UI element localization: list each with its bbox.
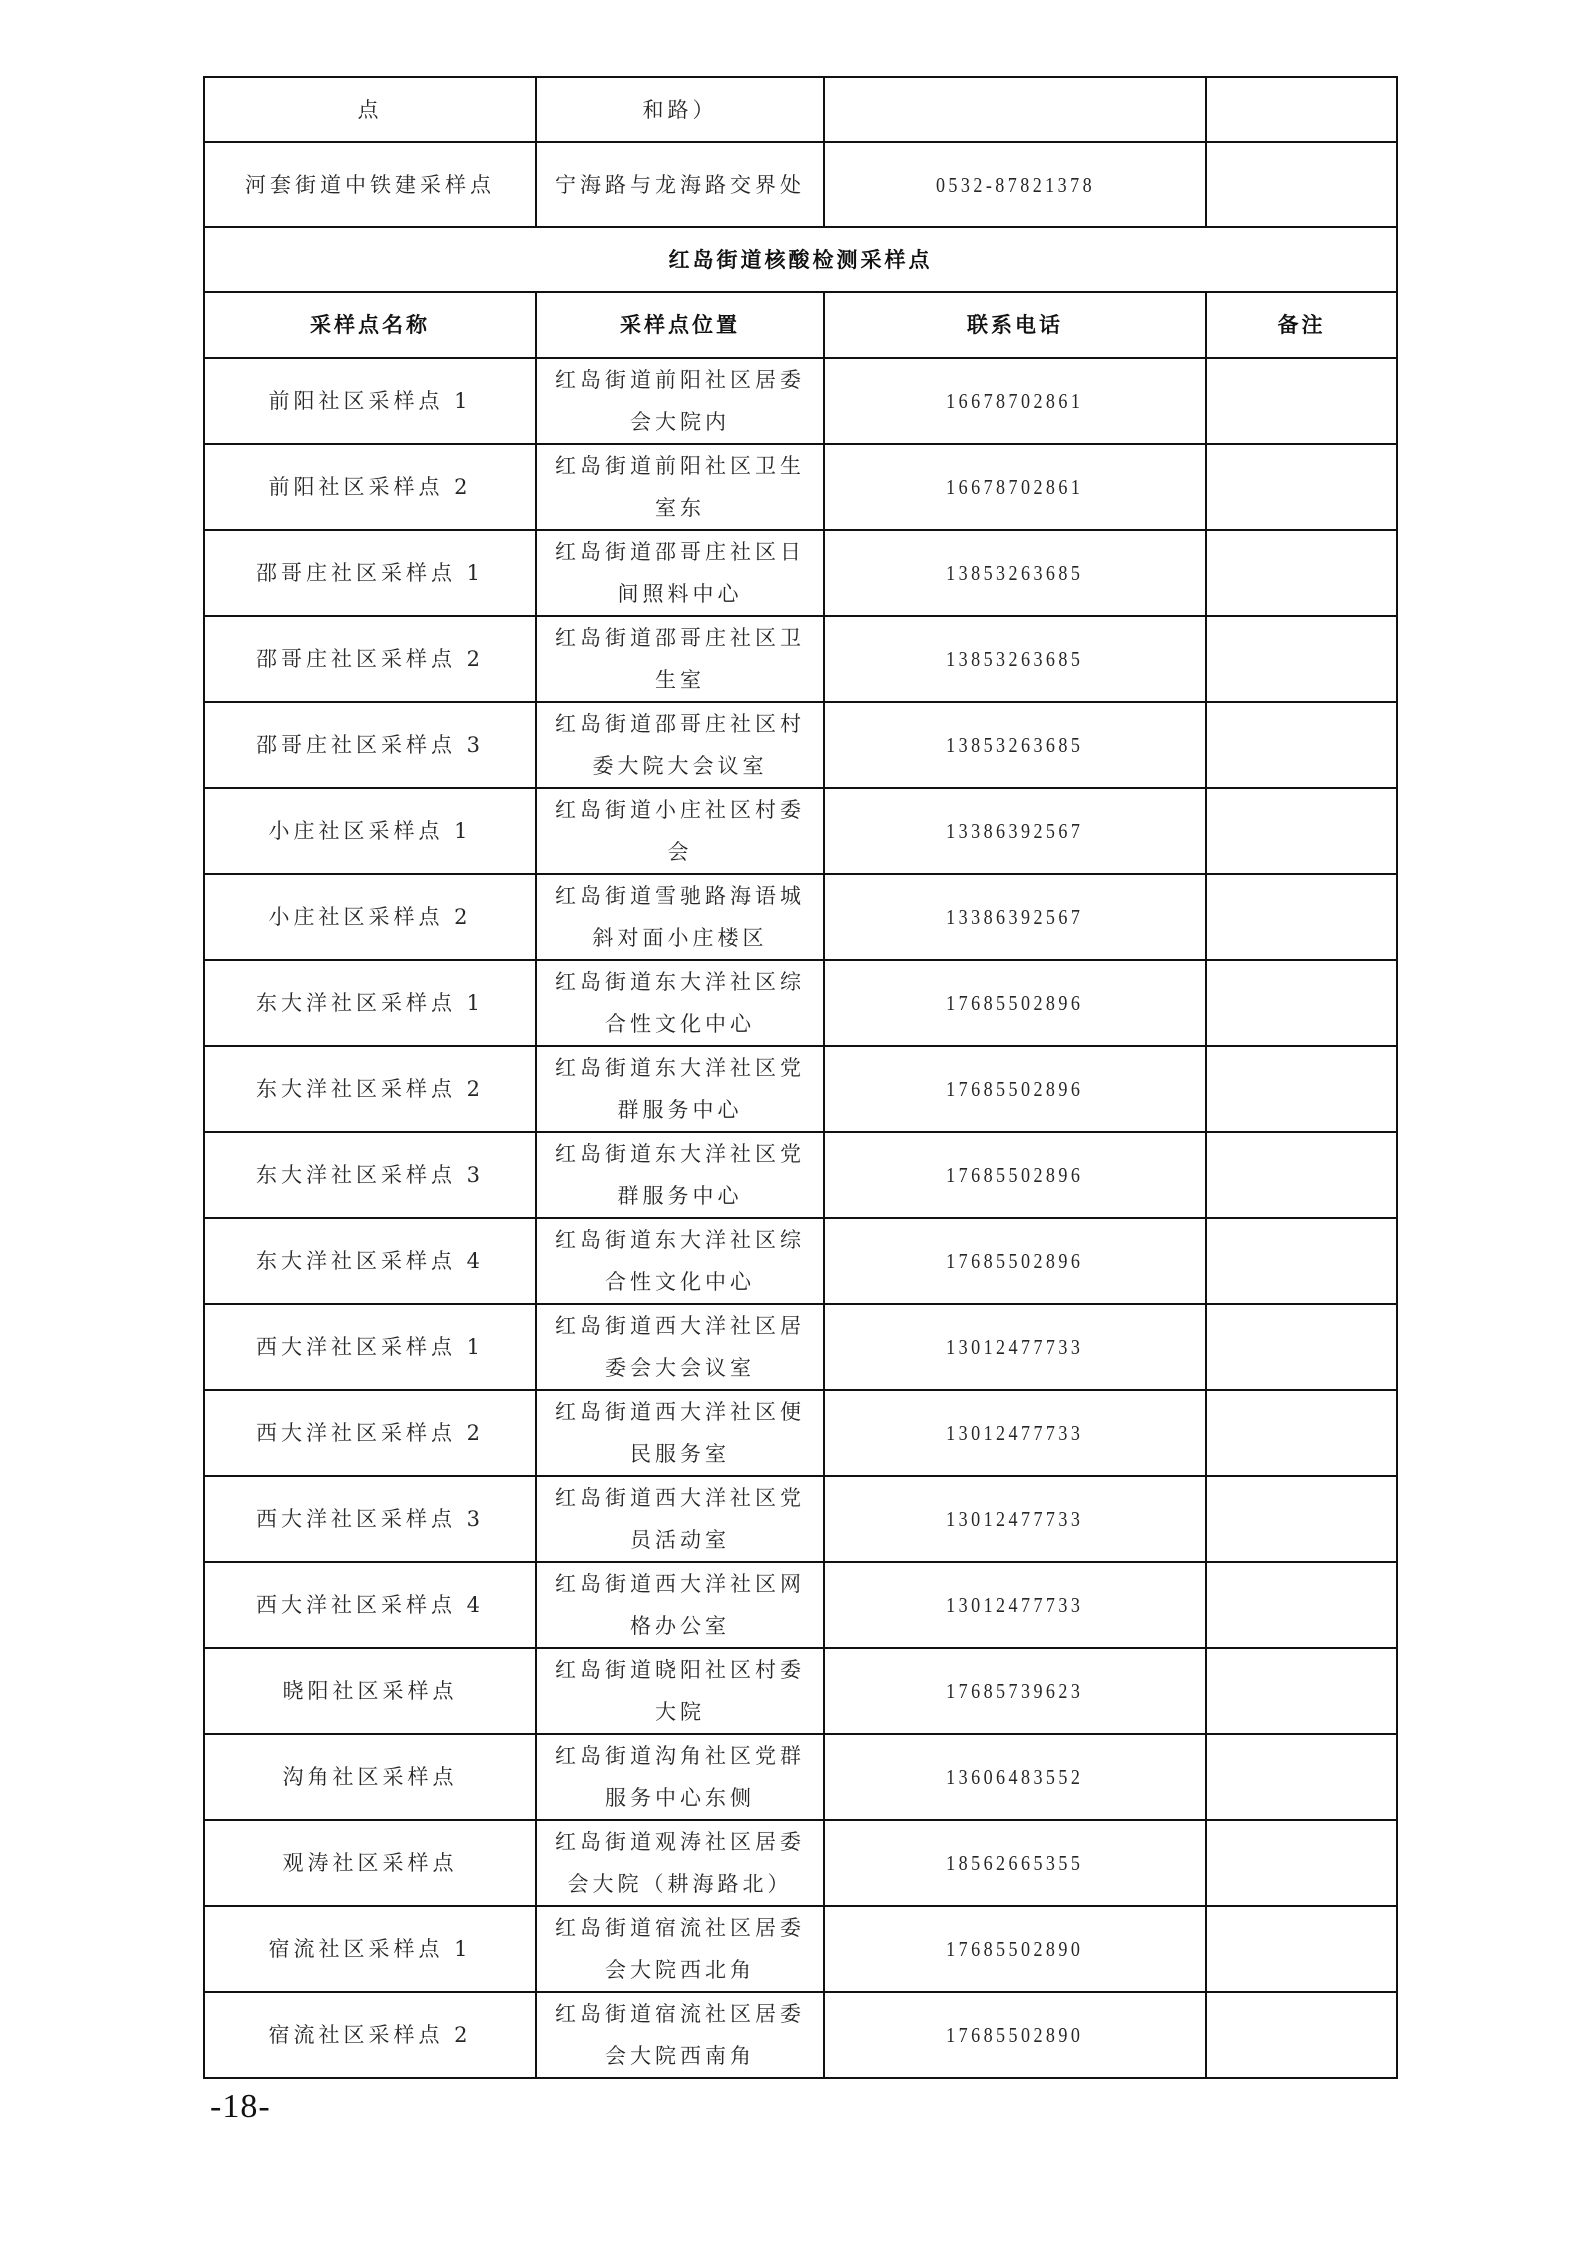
site-note-cell: [1206, 1390, 1397, 1476]
table-row: 邵哥庄社区采样点 3 红岛街道邵哥庄社区村委大院大会议室 13853263685: [204, 702, 1397, 788]
site-note-cell: [1206, 1734, 1397, 1820]
site-phone-cell: 0532-87821378: [824, 142, 1206, 227]
site-phone-cell: 17685502896: [824, 1218, 1206, 1304]
site-name-cell: 西大洋社区采样点 2: [204, 1390, 536, 1476]
table-row: 邵哥庄社区采样点 1 红岛街道邵哥庄社区日间照料中心 13853263685: [204, 530, 1397, 616]
table-row: 东大洋社区采样点 4 红岛街道东大洋社区综合性文化中心 17685502896: [204, 1218, 1397, 1304]
site-location-cell: 红岛街道西大洋社区网格办公室: [536, 1562, 824, 1648]
site-name-cell: 宿流社区采样点 2: [204, 1992, 536, 2078]
site-note-cell: [1206, 1820, 1397, 1906]
site-phone-cell: 18562665355: [824, 1820, 1206, 1906]
table-row: 西大洋社区采样点 1 红岛街道西大洋社区居委会大会议室 13012477733: [204, 1304, 1397, 1390]
header-contact-phone: 联系电话: [824, 292, 1206, 358]
site-phone-cell: 13012477733: [824, 1390, 1206, 1476]
site-note-cell: [1206, 142, 1397, 227]
header-note: 备注: [1206, 292, 1397, 358]
site-location-cell: 红岛街道邵哥庄社区村委大院大会议室: [536, 702, 824, 788]
site-location-cell: 红岛街道东大洋社区综合性文化中心: [536, 960, 824, 1046]
site-name-cell: 邵哥庄社区采样点 2: [204, 616, 536, 702]
site-note-cell: [1206, 1304, 1397, 1390]
site-location-cell: 红岛街道东大洋社区综合性文化中心: [536, 1218, 824, 1304]
site-location-cell: 宁海路与龙海路交界处: [536, 142, 824, 227]
site-name-cell: 西大洋社区采样点 1: [204, 1304, 536, 1390]
table-row: 河套街道中铁建采样点 宁海路与龙海路交界处 0532-87821378: [204, 142, 1397, 227]
site-note-cell: [1206, 1906, 1397, 1992]
table-row: 邵哥庄社区采样点 2 红岛街道邵哥庄社区卫生室 13853263685: [204, 616, 1397, 702]
site-phone-cell: 16678702861: [824, 444, 1206, 530]
site-phone-cell: 13386392567: [824, 788, 1206, 874]
site-phone-cell: 17685502896: [824, 1132, 1206, 1218]
site-phone-cell: 13386392567: [824, 874, 1206, 960]
header-site-location: 采样点位置: [536, 292, 824, 358]
site-location-cell: 红岛街道西大洋社区便民服务室: [536, 1390, 824, 1476]
site-location-cell: 红岛街道小庄社区村委会: [536, 788, 824, 874]
site-location-cell: 红岛街道西大洋社区居委会大会议室: [536, 1304, 824, 1390]
table-row: 东大洋社区采样点 2 红岛街道东大洋社区党群服务中心 17685502896: [204, 1046, 1397, 1132]
site-note-cell: [1206, 960, 1397, 1046]
site-phone-cell: 17685502896: [824, 1046, 1206, 1132]
table-row: 观涛社区采样点 红岛街道观涛社区居委会大院（耕海路北） 18562665355: [204, 1820, 1397, 1906]
site-location-cell: 红岛街道观涛社区居委会大院（耕海路北）: [536, 1820, 824, 1906]
site-name-cell: 晓阳社区采样点: [204, 1648, 536, 1734]
table-row-continued: 点 和路）: [204, 77, 1397, 142]
site-phone-cell: 13012477733: [824, 1562, 1206, 1648]
site-location-cell: 红岛街道宿流社区居委会大院西南角: [536, 1992, 824, 2078]
site-phone-cell: 17685502890: [824, 1992, 1206, 2078]
table-header-row: 采样点名称 采样点位置 联系电话 备注: [204, 292, 1397, 358]
site-name-cell: 西大洋社区采样点 4: [204, 1562, 536, 1648]
site-name-cell: 东大洋社区采样点 3: [204, 1132, 536, 1218]
site-note-cell: [1206, 1046, 1397, 1132]
site-phone-cell: 17685739623: [824, 1648, 1206, 1734]
site-phone-cell: 13853263685: [824, 530, 1206, 616]
site-note-cell: [1206, 444, 1397, 530]
table-row: 西大洋社区采样点 2 红岛街道西大洋社区便民服务室 13012477733: [204, 1390, 1397, 1476]
site-name-cell: 沟角社区采样点: [204, 1734, 536, 1820]
section-title: 红岛街道核酸检测采样点: [204, 227, 1397, 292]
table-row: 西大洋社区采样点 3 红岛街道西大洋社区党员活动室 13012477733: [204, 1476, 1397, 1562]
sampling-sites-table: 点 和路） 河套街道中铁建采样点 宁海路与龙海路交界处 0532-8782137…: [203, 76, 1398, 2079]
site-note-cell: [1206, 1132, 1397, 1218]
site-location-cell: 红岛街道前阳社区卫生室东: [536, 444, 824, 530]
table-row: 晓阳社区采样点 红岛街道晓阳社区村委大院 17685739623: [204, 1648, 1397, 1734]
site-phone-cell: 13606483552: [824, 1734, 1206, 1820]
site-phone-cell: 16678702861: [824, 358, 1206, 444]
site-phone-cell: 13012477733: [824, 1304, 1206, 1390]
site-location-cell: 红岛街道邵哥庄社区卫生室: [536, 616, 824, 702]
site-location-cell: 红岛街道邵哥庄社区日间照料中心: [536, 530, 824, 616]
site-name-cell: 东大洋社区采样点 2: [204, 1046, 536, 1132]
site-note-cell: [1206, 1992, 1397, 2078]
site-phone-cell: 13853263685: [824, 702, 1206, 788]
site-name-cell: 邵哥庄社区采样点 1: [204, 530, 536, 616]
site-name-cell: 东大洋社区采样点 4: [204, 1218, 536, 1304]
site-location-cell: 红岛街道东大洋社区党群服务中心: [536, 1046, 824, 1132]
site-note-cell: [1206, 874, 1397, 960]
site-location-cell: 红岛街道宿流社区居委会大院西北角: [536, 1906, 824, 1992]
site-location-cell: 和路）: [536, 77, 824, 142]
site-location-cell: 红岛街道晓阳社区村委大院: [536, 1648, 824, 1734]
site-name-cell: 点: [204, 77, 536, 142]
site-name-cell: 东大洋社区采样点 1: [204, 960, 536, 1046]
table-row: 沟角社区采样点 红岛街道沟角社区党群服务中心东侧 13606483552: [204, 1734, 1397, 1820]
site-note-cell: [1206, 358, 1397, 444]
site-location-cell: 红岛街道西大洋社区党员活动室: [536, 1476, 824, 1562]
site-phone-cell: 13012477733: [824, 1476, 1206, 1562]
table-row: 前阳社区采样点 1 红岛街道前阳社区居委会大院内 16678702861: [204, 358, 1397, 444]
site-location-cell: 红岛街道前阳社区居委会大院内: [536, 358, 824, 444]
page-number: -18-: [210, 2088, 271, 2126]
site-phone-cell: 17685502896: [824, 960, 1206, 1046]
section-title-row: 红岛街道核酸检测采样点: [204, 227, 1397, 292]
table-row: 宿流社区采样点 2 红岛街道宿流社区居委会大院西南角 17685502890: [204, 1992, 1397, 2078]
site-phone-cell: [824, 77, 1206, 142]
site-note-cell: [1206, 788, 1397, 874]
site-name-cell: 小庄社区采样点 1: [204, 788, 536, 874]
table-row: 小庄社区采样点 1 红岛街道小庄社区村委会 13386392567: [204, 788, 1397, 874]
site-name-cell: 河套街道中铁建采样点: [204, 142, 536, 227]
table-row: 东大洋社区采样点 1 红岛街道东大洋社区综合性文化中心 17685502896: [204, 960, 1397, 1046]
site-name-cell: 前阳社区采样点 2: [204, 444, 536, 530]
site-note-cell: [1206, 702, 1397, 788]
document-page: 点 和路） 河套街道中铁建采样点 宁海路与龙海路交界处 0532-8782137…: [0, 0, 1587, 2245]
site-note-cell: [1206, 616, 1397, 702]
site-note-cell: [1206, 1476, 1397, 1562]
table-row: 西大洋社区采样点 4 红岛街道西大洋社区网格办公室 13012477733: [204, 1562, 1397, 1648]
site-location-cell: 红岛街道雪驰路海语城斜对面小庄楼区: [536, 874, 824, 960]
site-name-cell: 西大洋社区采样点 3: [204, 1476, 536, 1562]
site-name-cell: 宿流社区采样点 1: [204, 1906, 536, 1992]
site-note-cell: [1206, 1562, 1397, 1648]
site-name-cell: 观涛社区采样点: [204, 1820, 536, 1906]
site-name-cell: 前阳社区采样点 1: [204, 358, 536, 444]
site-location-cell: 红岛街道沟角社区党群服务中心东侧: [536, 1734, 824, 1820]
site-name-cell: 小庄社区采样点 2: [204, 874, 536, 960]
site-note-cell: [1206, 77, 1397, 142]
table-row: 东大洋社区采样点 3 红岛街道东大洋社区党群服务中心 17685502896: [204, 1132, 1397, 1218]
site-name-cell: 邵哥庄社区采样点 3: [204, 702, 536, 788]
header-site-name: 采样点名称: [204, 292, 536, 358]
table-row: 前阳社区采样点 2 红岛街道前阳社区卫生室东 16678702861: [204, 444, 1397, 530]
site-note-cell: [1206, 1648, 1397, 1734]
site-note-cell: [1206, 530, 1397, 616]
site-phone-cell: 17685502890: [824, 1906, 1206, 1992]
site-phone-cell: 13853263685: [824, 616, 1206, 702]
table-row: 小庄社区采样点 2 红岛街道雪驰路海语城斜对面小庄楼区 13386392567: [204, 874, 1397, 960]
table-row: 宿流社区采样点 1 红岛街道宿流社区居委会大院西北角 17685502890: [204, 1906, 1397, 1992]
site-location-cell: 红岛街道东大洋社区党群服务中心: [536, 1132, 824, 1218]
site-note-cell: [1206, 1218, 1397, 1304]
